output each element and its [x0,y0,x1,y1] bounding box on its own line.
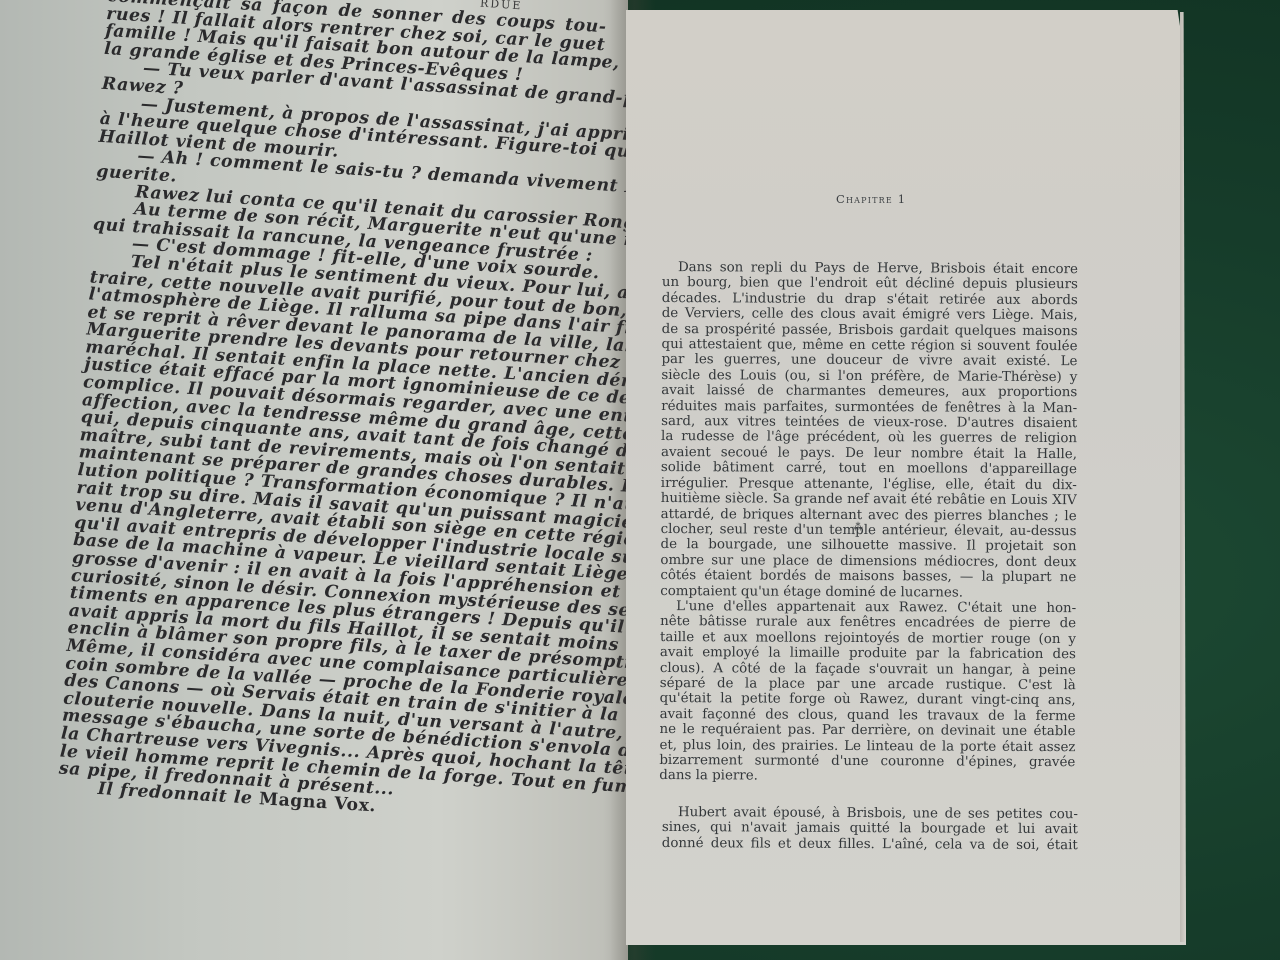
chapter-title: Chapitre 1 [836,192,906,206]
text-line: donné deux fils et deux filles. L'aîné, … [662,836,1078,854]
right-page: Chapitre 1 Dans son repli du Pays de Her… [626,10,1186,945]
book-photo: RDUE commençait sa façon de sonner des c… [0,0,1280,960]
text-line: huitième siècle. Sa grande nef avait été… [661,491,1077,509]
text-line: côtés étaient bordés de maisons basses, … [660,568,1076,586]
text-line: de la bourgade, une silhouette massive. … [660,537,1076,555]
text-line: ne le requéraient pas. Par derrière, on … [659,722,1075,740]
paragraph-3: Hubert avait épousé, à Brisbois, une de … [662,805,1078,853]
text-line: avait employé la limaille produite par l… [660,645,1076,663]
text-line: nête bâtisse rurale aux fenêtres encadré… [660,614,1076,632]
text-line: avait laissé de charmantes demeures, aux… [661,383,1077,401]
text-line: de Verviers, celle des clous avait émigr… [662,306,1078,324]
paragraph-1: Dans son repli du Pays de Herve, Brisboi… [659,260,1078,786]
section-break-asterism: ⁂ [848,525,868,531]
left-page-text: commençait sa façon de sonner des coups … [57,0,607,827]
left-page: RDUE commençait sa façon de sonner des c… [0,0,628,960]
text-line: solide bâtiment carré, tout en moellons … [661,460,1077,478]
text-line: dans la pierre. [659,768,1075,786]
